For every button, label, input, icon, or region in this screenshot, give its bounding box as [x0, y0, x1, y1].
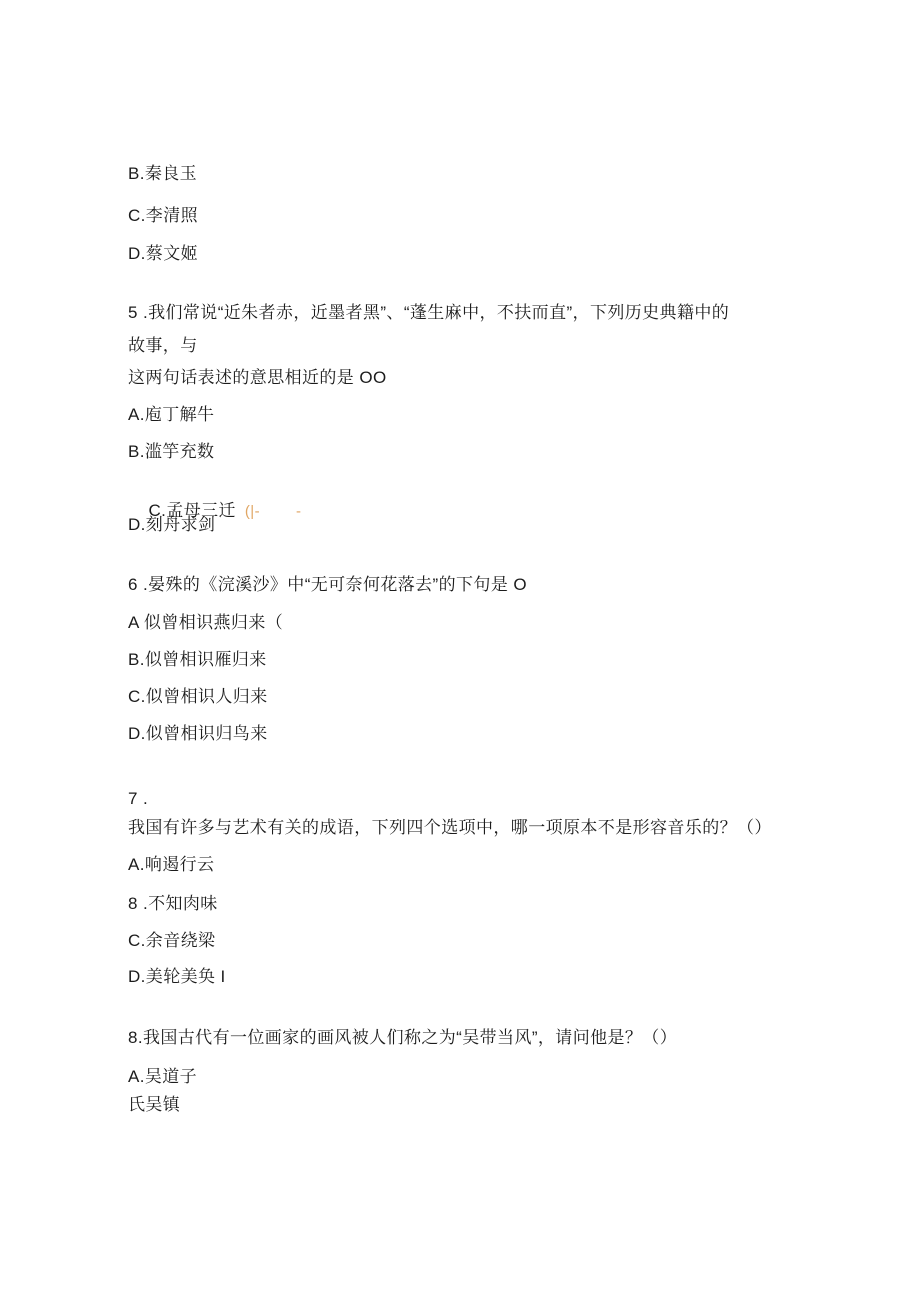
document-page: B.秦良玉 C.李清照 D.蔡文姬 5 .我们常说“近朱者赤，近墨者黑”、“蓬生…: [0, 0, 920, 1301]
q4-option-d: D.蔡文姬: [128, 243, 198, 265]
q6-option-d: D.似曾相识归鸟来: [128, 723, 268, 745]
q8-option-b: 氏吴镇: [128, 1094, 180, 1116]
q7-question-line: 我国有许多与艺术有关的成语，下列四个选项中，哪一项原本不是形容音乐的？（）: [128, 817, 772, 839]
q5-question-line-2: 故事，与: [128, 335, 198, 357]
q8-question-line: 8.我国古代有一位画家的画风被人们称之为“吴带当风”，请问他是？（）: [128, 1027, 677, 1049]
q6-option-a: A 似曾相识燕归来（: [128, 612, 283, 634]
q5-question-line-3: 这两句话表述的意思相近的是 OO: [128, 367, 387, 389]
q6-option-c: C.似曾相识人归来: [128, 686, 268, 708]
q6-option-b: B.似曾相识雁归来: [128, 649, 267, 671]
q5-option-d: D.刻舟求剑: [128, 514, 215, 536]
q7-option-a: A.响遏行云: [128, 854, 214, 876]
q8-option-a: A.吴道子: [128, 1066, 197, 1088]
q7-option-c: C.余音绕梁: [128, 930, 215, 952]
q5-option-c-annotation-mark-2: -: [296, 503, 301, 520]
q6-question-line: 6 .晏殊的《浣溪沙》中“无可奈何花落去”的下句是 O: [128, 574, 527, 596]
q7-option-b: 8 .不知肉味: [128, 893, 218, 915]
q4-option-c: C.李清照: [128, 205, 198, 227]
q5-option-b: B.滥竽充数: [128, 441, 214, 463]
q7-option-d: D.美轮美奂 I: [128, 966, 226, 988]
q5-option-c-annotation-mark-1: (|-: [245, 503, 260, 520]
q7-question-number: 7 .: [128, 788, 148, 810]
q5-question-line-1: 5 .我们常说“近朱者赤，近墨者黑”、“蓬生麻中，不扶而直”，下列历史典籍中的: [128, 302, 729, 324]
q5-option-a: A.庖丁解牛: [128, 404, 214, 426]
q4-option-b: B.秦良玉: [128, 163, 197, 185]
